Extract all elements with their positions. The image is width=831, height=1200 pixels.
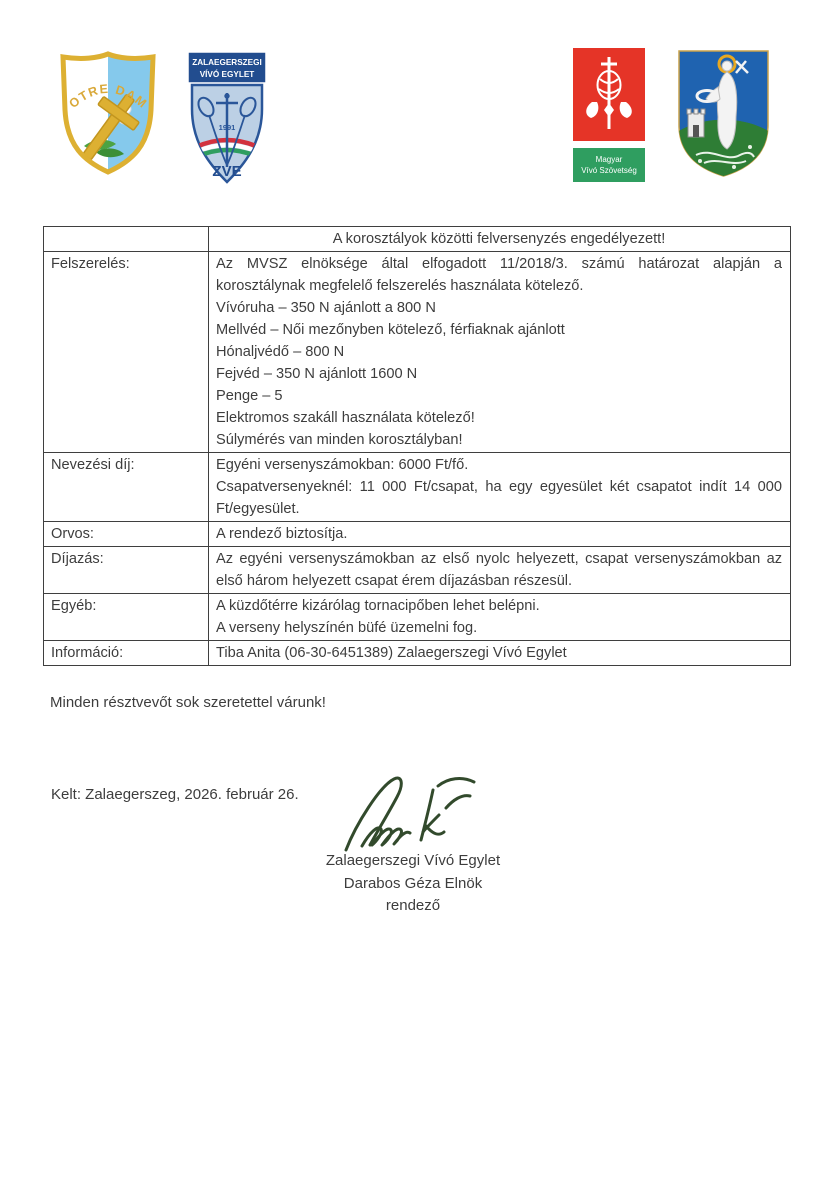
table-row-informacio: Információ: Tiba Anita (06-30-6451389) Z… — [44, 641, 791, 666]
mvsz-green-panel — [573, 148, 645, 182]
signature-role: rendező — [318, 895, 508, 918]
zve-title-line1: ZALAEGERSZEGI — [192, 58, 262, 67]
empty-cell — [44, 227, 209, 252]
date-line: Kelt: Zalaegerszeg, 2026. február 26. — [51, 786, 299, 803]
awards-paragraph: Az egyéni versenyszámokban az első nyolc… — [216, 548, 782, 592]
row-label: Információ: — [44, 641, 209, 666]
handwritten-signature — [338, 772, 483, 858]
header-note: A korosztályok közötti felversenyzés eng… — [209, 227, 791, 252]
equipment-line: Penge – 5 — [216, 385, 782, 407]
table-row-felszereles: Felszerelés: Az MVSZ elnöksége által elf… — [44, 252, 791, 453]
row-content: Tiba Anita (06-30-6451389) Zalaegerszegi… — [209, 641, 791, 666]
other-line: A verseny helyszínén büfé üzemelni fog. — [216, 617, 782, 639]
signature-name: Darabos Géza Elnök — [318, 873, 508, 896]
zalaegerszeg-coat-of-arms — [674, 47, 773, 179]
equipment-line: Vívóruha – 350 N ajánlott a 800 N — [216, 297, 782, 319]
document-page: NOTRE DAME ZALAEGERSZEGI VÍVÓ EGYLET 199… — [0, 0, 831, 1200]
row-content: A rendező biztosítja. — [209, 522, 791, 547]
row-label: Nevezési díj: — [44, 453, 209, 522]
notre-dame-school-logo: NOTRE DAME — [56, 48, 160, 178]
equipment-paragraph: Az MVSZ elnöksége által elfogadott 11/20… — [216, 253, 782, 297]
entry-fee-line: Egyéni versenyszámokban: 6000 Ft/fő. — [216, 454, 782, 476]
row-label: Orvos: — [44, 522, 209, 547]
equipment-line: Súlymérés van minden korosztályban! — [216, 429, 782, 451]
row-content: Egyéni versenyszámokban: 6000 Ft/fő. Csa… — [209, 453, 791, 522]
zve-initials: ZVE — [212, 163, 241, 180]
table-row-dijazas: Díjazás: Az egyéni versenyszámokban az e… — [44, 547, 791, 594]
row-label: Díjazás: — [44, 547, 209, 594]
table-row-egyeb: Egyéb: A küzdőtérre kizárólag tornacipőb… — [44, 594, 791, 641]
mvsz-label-line1: Magyar — [596, 155, 623, 164]
equipment-line: Mellvéd – Női mezőnyben kötelező, férfia… — [216, 319, 782, 341]
entry-fee-paragraph: Csapatversenyeknél: 11 000 Ft/csapat, ha… — [216, 476, 782, 520]
signature-organization: Zalaegerszegi Vívó Egylet — [318, 850, 508, 873]
competition-info-table: A korosztályok közötti felversenyzés eng… — [43, 226, 791, 666]
zalaegerszegi-vivo-egylet-logo: ZALAEGERSZEGI VÍVÓ EGYLET 1991 ZVE — [185, 51, 269, 185]
equipment-line: Hónaljvédő – 800 N — [216, 341, 782, 363]
table-row-orvos: Orvos: A rendező biztosítja. — [44, 522, 791, 547]
equipment-line: Fejvéd – 350 N ajánlott 1600 N — [216, 363, 782, 385]
zve-year: 1991 — [219, 123, 236, 132]
row-label: Felszerelés: — [44, 252, 209, 453]
magyar-vivo-szovetseg-logo: Magyar Vívó Szövetség — [572, 47, 646, 183]
mvsz-label-line2: Vívó Szövetség — [581, 166, 637, 175]
signature-block: Zalaegerszegi Vívó Egylet Darabos Géza E… — [318, 850, 508, 918]
castle-tower-icon — [687, 109, 705, 137]
row-content: A küzdőtérre kizárólag tornacipőben lehe… — [209, 594, 791, 641]
other-line: A küzdőtérre kizárólag tornacipőben lehe… — [216, 595, 782, 617]
table-row-nevezesi-dij: Nevezési díj: Egyéni versenyszámokban: 6… — [44, 453, 791, 522]
closing-sentence: Minden résztvevőt sok szeretettel várunk… — [50, 694, 326, 711]
table-row-header-note: A korosztályok közötti felversenyzés eng… — [44, 227, 791, 252]
zve-title-line2: VÍVÓ EGYLET — [200, 68, 255, 79]
equipment-line: Elektromos szakáll használata kötelező! — [216, 407, 782, 429]
row-label: Egyéb: — [44, 594, 209, 641]
row-content: Az egyéni versenyszámokban az első nyolc… — [209, 547, 791, 594]
row-content: Az MVSZ elnöksége által elfogadott 11/20… — [209, 252, 791, 453]
